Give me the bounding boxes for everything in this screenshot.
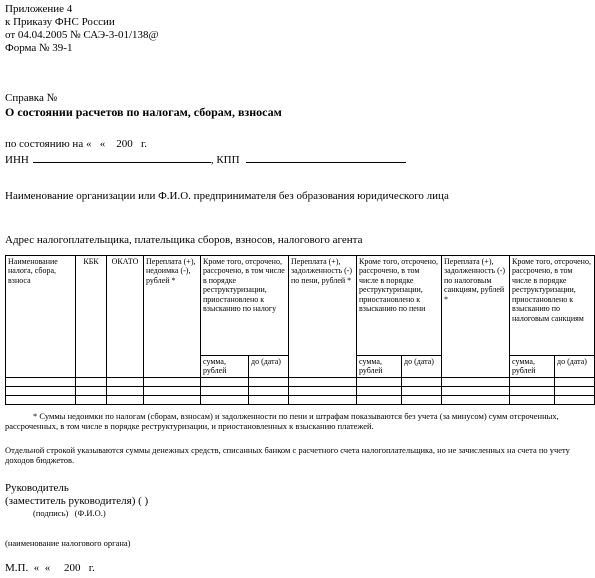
signature-caption-line: (подпись) (Ф.И.О.) [33, 508, 593, 518]
subcol-sum-peni: сумма, рублей [357, 356, 402, 378]
seal-date-line: М.П. « « 200 г. [5, 562, 593, 575]
tax-authority-name-label: (наименование налогового органа) [5, 538, 593, 548]
col-header-besides-sanctions: Кроме того, отсрочено, рассрочено, в том… [510, 256, 595, 356]
as-of-date-line: по состоянию на « « 200 г. [5, 138, 593, 151]
inn-label: ИНН [5, 154, 29, 166]
inn-kpp-line: ИНН, КПП [5, 152, 593, 167]
col-header-kbk: КБК [76, 256, 107, 378]
col-header-besides-tax: Кроме того, отсрочено, рассрочено, в том… [201, 256, 289, 356]
form-number-line: Форма № 39-1 [5, 42, 593, 55]
subcol-date-sanctions: до (дата) [555, 356, 595, 378]
asterisk-footnote: * Суммы недоимки по налогам (сборам, взн… [5, 411, 593, 431]
col-header-overpay-sanctions: Переплата (+), задолженность (-) по нало… [442, 256, 510, 378]
head-title-line: Руководитель [5, 482, 593, 495]
appendix-line: Приложение 4 [5, 3, 593, 16]
document-header: Приложение 4 к Приказу ФНС России от 04.… [5, 3, 593, 55]
table-row [6, 386, 595, 395]
certificate-number-line: Справка № [5, 92, 593, 105]
organization-name-label: Наименование организации или Ф.И.О. пред… [5, 190, 593, 203]
col-header-overpay-peni: Переплата (+), задолженность (-) по пени… [289, 256, 357, 378]
deputy-head-line: (заместитель руководителя) ( ) [5, 495, 593, 508]
document-title: О состоянии расчетов по налогам, сборам,… [5, 105, 593, 119]
inn-blank-field [33, 152, 211, 163]
order-date-line: от 04.04.2005 № САЭ-3-01/138@ [5, 29, 593, 42]
col-header-overpay-tax: Переплата (+), недоимка (-), рублей * [144, 256, 201, 378]
signature-block: Руководитель (заместитель руководителя) … [5, 482, 593, 575]
col-header-besides-peni: Кроме того, отсрочено, рассрочено, в том… [357, 256, 442, 356]
subcol-sum-sanctions: сумма, рублей [510, 356, 555, 378]
tax-certificate-document: Приложение 4 к Приказу ФНС России от 04.… [0, 0, 595, 578]
separate-line-note: Отдельной строкой указываются суммы дене… [5, 445, 593, 465]
kpp-label: , КПП [211, 154, 240, 166]
taxpayer-address-label: Адрес налогоплательщика, плательщика сбо… [5, 234, 593, 247]
table-row [6, 395, 595, 404]
table-header-row: Наименование налога, сбора, взноса КБК О… [6, 256, 595, 356]
col-header-tax-name: Наименование налога, сбора, взноса [6, 256, 76, 378]
col-header-okato: ОКАТО [107, 256, 144, 378]
subcol-date-tax: до (дата) [249, 356, 289, 378]
subcol-sum-tax: сумма, рублей [201, 356, 249, 378]
kpp-blank-field [246, 152, 406, 163]
subcol-date-peni: до (дата) [402, 356, 442, 378]
settlements-table: Наименование налога, сбора, взноса КБК О… [5, 255, 595, 405]
table-row [6, 377, 595, 386]
order-line: к Приказу ФНС России [5, 16, 593, 29]
